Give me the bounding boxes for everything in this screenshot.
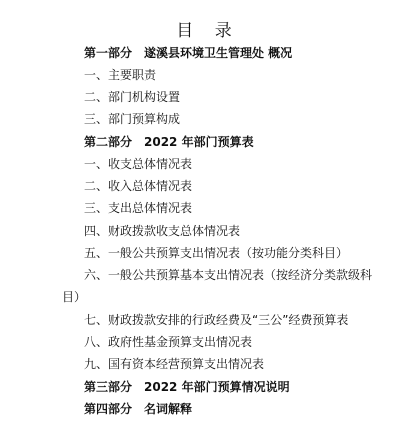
toc-item[interactable]: 四、财政拨款收支总体情况表 [84,223,240,239]
toc-item[interactable]: 一、主要职责 [84,67,156,83]
toc-item[interactable]: 二、收入总体情况表 [84,178,192,194]
toc-item[interactable]: 八、政府性基金预算支出情况表 [84,334,252,350]
toc-part-3[interactable]: 第三部分 2022 年部门预算情况说明 [84,379,290,395]
toc-item-continuation[interactable]: 目） [62,289,86,305]
toc-part-2[interactable]: 第二部分 2022 年部门预算表 [84,134,254,150]
toc-item[interactable]: 一、收支总体情况表 [84,156,192,172]
toc-item[interactable]: 二、部门机构设置 [84,89,180,105]
toc-item[interactable]: 五、一般公共预算支出情况表（按功能分类科目） [84,245,348,261]
toc-item[interactable]: 七、财政拨款安排的行政经费及“三公”经费预算表 [84,312,348,328]
toc-part-4[interactable]: 第四部分 名词解释 [84,401,192,417]
toc-item[interactable]: 九、国有资本经营预算支出情况表 [84,356,264,372]
toc-item[interactable]: 六、一般公共预算基本支出情况表（按经济分类款级科 [84,267,372,283]
toc-item[interactable]: 三、支出总体情况表 [84,200,192,216]
toc-item[interactable]: 三、部门预算构成 [84,111,180,127]
toc-title: 目 录 [0,21,416,41]
toc-part-1[interactable]: 第一部分 遂溪县环境卫生管理处 概况 [84,45,292,61]
